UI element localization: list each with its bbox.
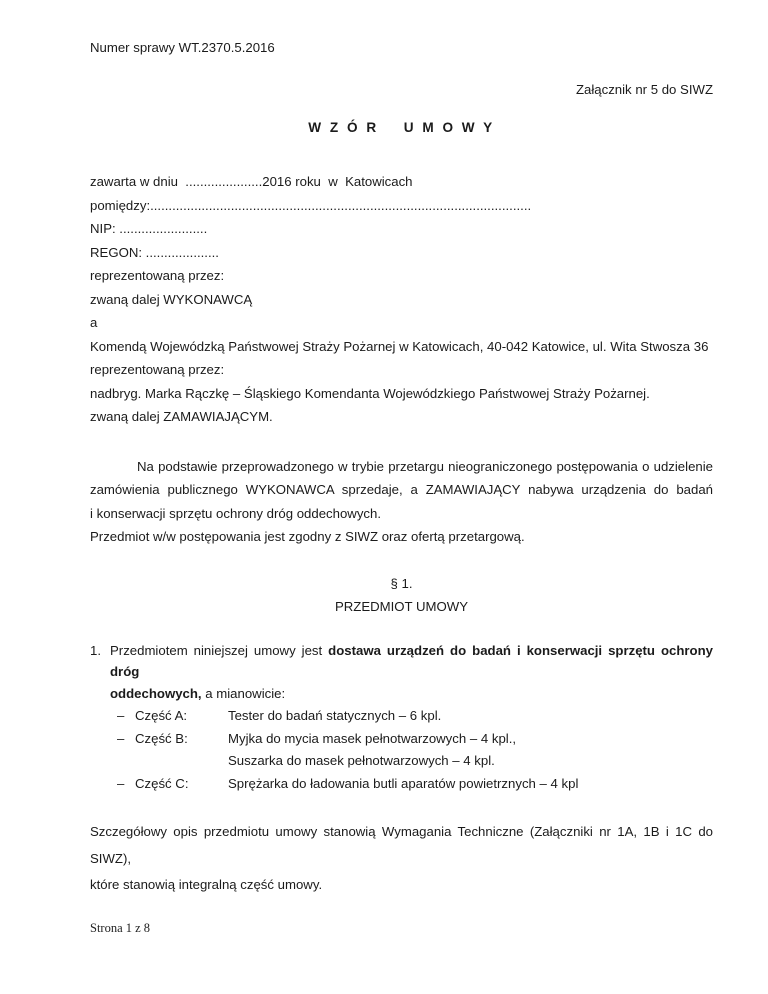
part-b-label: Część B: [135, 728, 228, 751]
section-1-head: § 1. PRZEDMIOT UMOWY [90, 572, 713, 619]
part-row-c: – Część C: Sprężarka do ładowania butli … [90, 773, 713, 796]
part-c-description: Sprężarka do ładowania butli aparatów po… [228, 773, 713, 796]
part-a-dash: – [117, 705, 135, 728]
part-row-b-continued: Suszarka do masek pełnotwarzowych – 4 kp… [90, 750, 713, 773]
item-1-text-regular: Przedmiotem niniejszej umowy jest [110, 643, 328, 658]
between-line: pomiędzy:...............................… [90, 194, 713, 218]
purchaser-alias-line: zwaną dalej ZAMAWIAJĄCYM. [90, 405, 713, 429]
represented-by-line-2: reprezentowaną przez: [90, 358, 713, 382]
contract-document-page: Numer sprawy WT.2370.5.2016 Załącznik nr… [0, 0, 768, 994]
closing-line-2: które stanowią integralną część umowy. [90, 872, 713, 899]
regon-line: REGON: .................... [90, 241, 713, 265]
closing-paragraph: Szczegółowy opis przedmiotu umowy stanow… [90, 819, 713, 899]
part-b-description: Myjka do mycia masek pełnotwarzowych – 4… [228, 728, 713, 751]
contract-date-line: zawarta w dniu .....................2016… [90, 170, 713, 194]
part-c-dash: – [117, 773, 135, 796]
preamble-line-1: Na podstawie przeprowadzonego w trybie p… [90, 455, 713, 479]
attachment-note: Załącznik nr 5 do SIWZ [90, 80, 713, 100]
closing-line-1: Szczegółowy opis przedmiotu umowy stanow… [90, 819, 713, 872]
parties-block: zawarta w dniu .....................2016… [90, 170, 713, 429]
part-a-description: Tester do badań statycznych – 6 kpl. [228, 705, 713, 728]
purchaser-name-line: Komendą Wojewódzką Państwowej Straży Poż… [90, 335, 713, 359]
section-1-number: § 1. [90, 572, 713, 596]
item-1-text-regular-2: a mianowicie: [202, 686, 286, 701]
item-1-line-1: Przedmiotem niniejszej umowy jest dostaw… [110, 640, 713, 683]
conjunction-line: a [90, 311, 713, 335]
case-number: Numer sprawy WT.2370.5.2016 [90, 38, 713, 58]
item-1-text-bold-2: oddechowych, [110, 686, 202, 701]
page-content: Numer sprawy WT.2370.5.2016 Załącznik nr… [0, 0, 768, 899]
part-c-label: Część C: [135, 773, 228, 796]
section-1-heading: PRZEDMIOT UMOWY [90, 595, 713, 619]
part-b-dash: – [117, 728, 135, 751]
preamble-paragraph: Na podstawie przeprowadzonego w trybie p… [90, 455, 713, 549]
preamble-line-3: i konserwacji sprzętu ochrony dróg oddec… [90, 502, 713, 526]
document-title: W Z Ó R U M O W Y [90, 118, 713, 138]
item-1-marker: 1. [90, 640, 101, 662]
conformity-line: Przedmiot w/w postępowania jest zgodny z… [90, 525, 713, 549]
part-row-b: – Część B: Myjka do mycia masek pełnotwa… [90, 728, 713, 751]
part-row-a: – Część A: Tester do badań statycznych –… [90, 705, 713, 728]
preamble-line-2: zamówienia publicznego WYKONAWCA sprzeda… [90, 478, 713, 502]
page-number-footer: Strona 1 z 8 [90, 920, 150, 936]
contractor-alias-line: zwaną dalej WYKONAWCĄ [90, 288, 713, 312]
item-1-line-2: oddechowych, a mianowicie: [110, 683, 713, 705]
purchaser-representative-line: nadbryg. Marka Rączkę – Śląskiego Komend… [90, 382, 713, 406]
contract-item-1: 1. Przedmiotem niniejszej umowy jest dos… [90, 640, 713, 705]
represented-by-line-1: reprezentowaną przez: [90, 264, 713, 288]
part-b-description-2: Suszarka do masek pełnotwarzowych – 4 kp… [228, 750, 713, 773]
part-a-label: Część A: [135, 705, 228, 728]
parts-list: – Część A: Tester do badań statycznych –… [90, 705, 713, 795]
nip-line: NIP: ........................ [90, 217, 713, 241]
